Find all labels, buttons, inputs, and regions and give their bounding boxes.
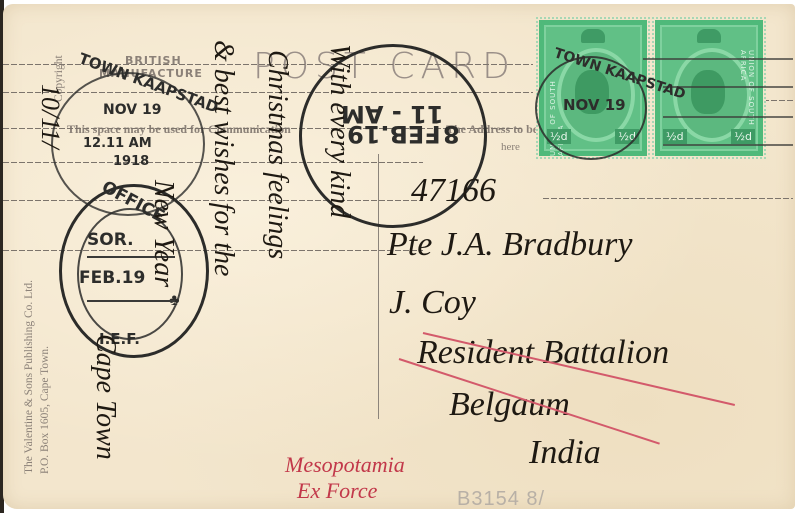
- postcard-back: POST CARD BRITISH MANUFACTURE This space…: [3, 4, 795, 509]
- redirect-line1: Mesopotamia: [285, 452, 405, 478]
- message-line3: & best wishes for the: [207, 40, 239, 276]
- cancel-line: [663, 144, 793, 146]
- rule-line: [543, 198, 793, 199]
- message-line4: New Year: [147, 180, 179, 287]
- crown-icon: [697, 29, 721, 43]
- cancel-line: [643, 58, 793, 60]
- address-city: Belgaum: [449, 386, 570, 424]
- maker-mark-line1: BRITISH: [125, 54, 182, 67]
- message-reference: 10/11/: [35, 84, 65, 149]
- crown-icon: [581, 29, 605, 43]
- king-portrait-icon: [691, 70, 725, 114]
- cancel-line: [663, 116, 793, 118]
- message-line2: Christmas feelings: [261, 50, 293, 259]
- address-service-number: 47166: [411, 172, 496, 210]
- address-country: India: [529, 434, 601, 472]
- pencil-note: B3154 8/: [457, 488, 545, 509]
- address-name: Pte J.A. Bradbury: [387, 226, 633, 264]
- message-line1: With every kind: [323, 44, 355, 218]
- redirect-line2: Ex Force: [297, 478, 377, 504]
- address-label-here: here: [501, 141, 520, 153]
- message-line5: Cape Town: [89, 334, 121, 460]
- address-company: J. Coy: [389, 284, 476, 322]
